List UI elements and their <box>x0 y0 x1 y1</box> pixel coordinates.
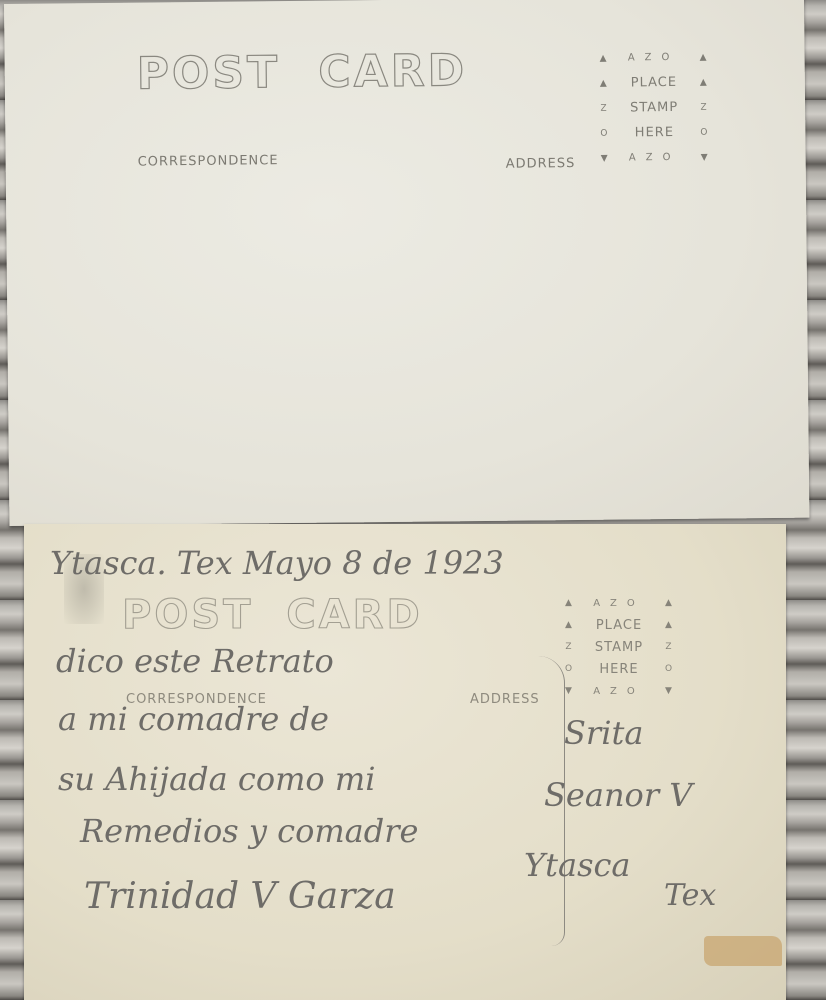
stamp-placement-box: ▲AZO▲ ▲PLACE▲ ZSTAMPZ OHEREO ▼AZO▼ <box>560 592 678 702</box>
handwritten-address-line: Srita <box>564 714 643 752</box>
handwritten-address-line: Seanor V <box>544 776 692 814</box>
handwritten-date-line: Ytasca. Tex Mayo 8 de 1923 <box>50 544 504 582</box>
handwritten-address-line: Ytasca <box>524 846 630 884</box>
stamp-text-place: PLACE <box>578 618 660 633</box>
postcard-title: POST CARD <box>136 45 467 99</box>
stamp-text-stamp: STAMP <box>578 640 660 655</box>
stamp-text-stamp: STAMP <box>613 100 695 116</box>
stamp-text-place: PLACE <box>613 75 695 91</box>
handwritten-signature: Trinidad V Garza <box>84 876 396 917</box>
handwritten-message-line: a mi comadre de <box>58 700 329 738</box>
address-label: ADDRESS <box>506 156 576 172</box>
postcard-back-bottom: POST CARD CORRESPONDENCE ADDRESS ▲AZO▲ ▲… <box>24 524 786 1000</box>
correspondence-label: CORRESPONDENCE <box>138 153 279 169</box>
stamp-text-here: HERE <box>578 662 660 677</box>
handwritten-message-line: su Ahijada como mi <box>58 760 375 798</box>
handwritten-message-line: Remedios y comadre <box>80 812 418 850</box>
postcard-back-top: POST CARD CORRESPONDENCE ADDRESS ▲AZO▲ ▲… <box>4 0 809 526</box>
postcard-title: POST CARD <box>122 592 423 638</box>
address-label: ADDRESS <box>470 692 540 707</box>
handwritten-message-line: dico este Retrato <box>56 642 334 680</box>
handwritten-address-line: Tex <box>664 878 716 913</box>
stamp-placement-box: ▲AZO▲ ▲PLACE▲ ZSTAMPZ OHEREO ▼AZO▼ <box>594 45 713 171</box>
stamp-text-here: HERE <box>613 125 695 141</box>
tape-stain <box>704 936 782 966</box>
